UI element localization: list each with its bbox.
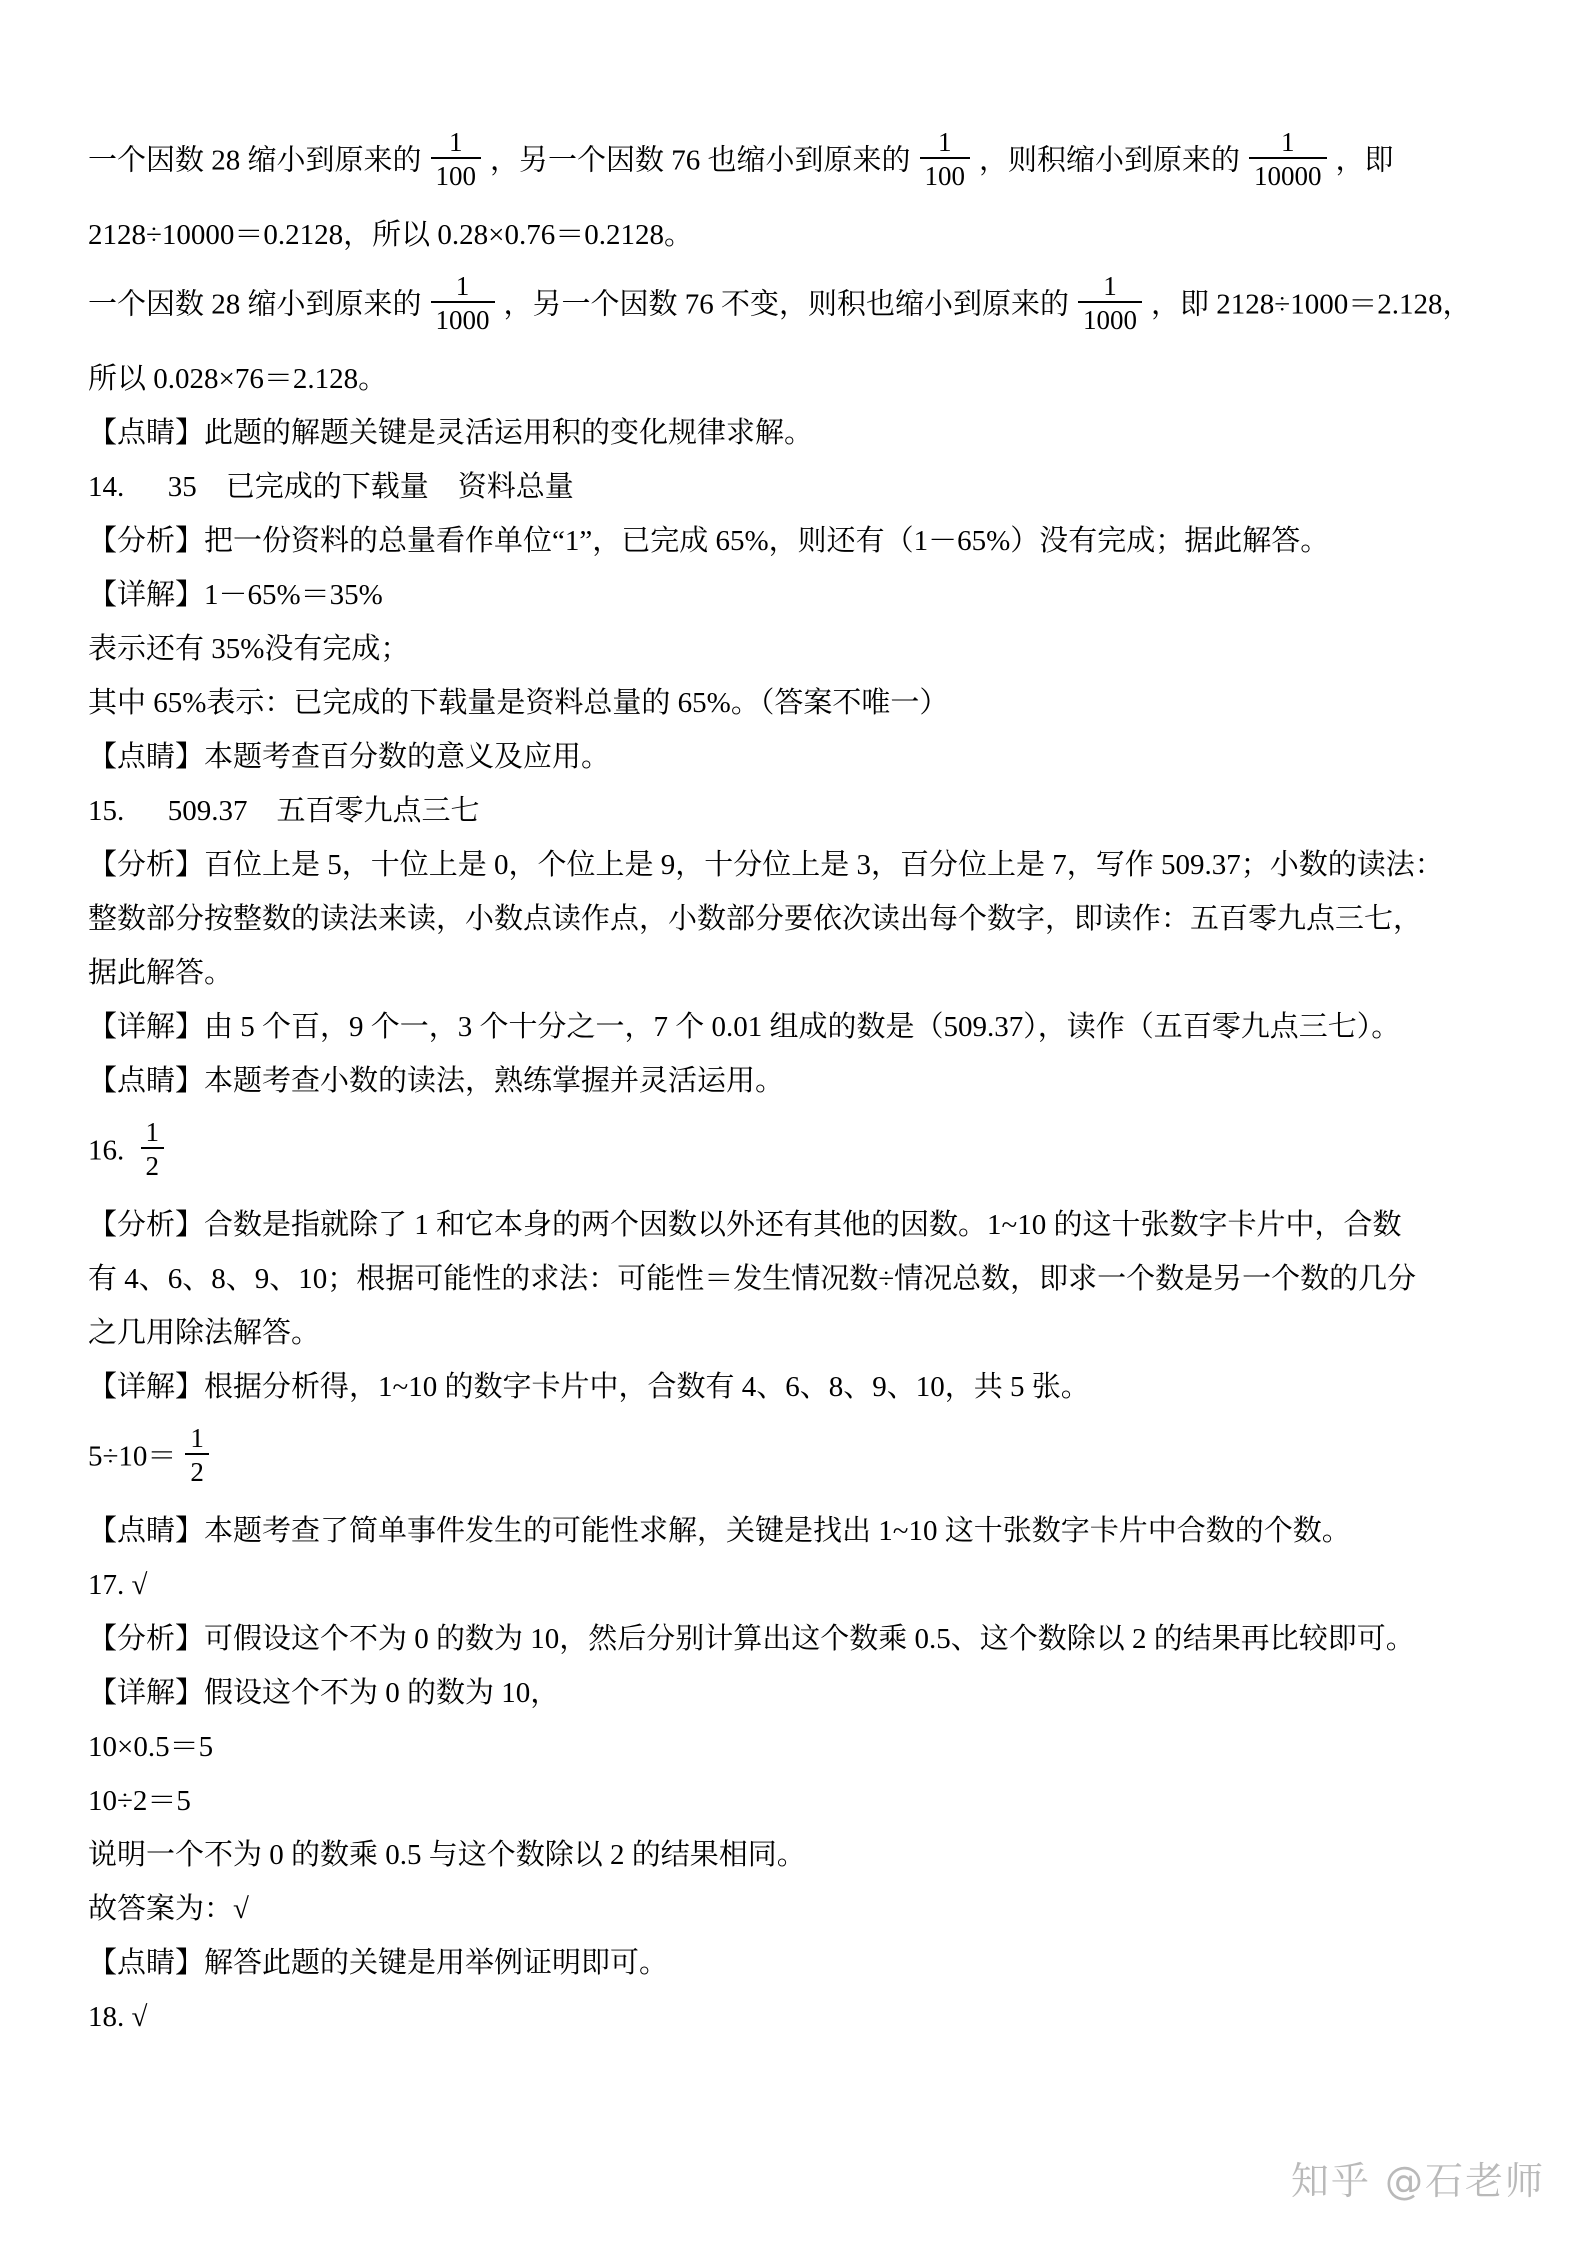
text-segment: 故答案为：√ bbox=[88, 1893, 249, 1925]
text-segment: 5÷10＝ bbox=[88, 1441, 176, 1473]
document-line: 【点睛】本题考查百分数的意义及应用。 bbox=[88, 730, 1500, 784]
document-line: 整数部分按整数的读法来读，小数点读作点，小数部分要依次读出每个数字，即读作：五百… bbox=[88, 892, 1500, 946]
fraction: 11000 bbox=[431, 271, 495, 337]
document-line: 【点睛】本题考查了简单事件发生的可能性求解，关键是找出 1~10 这十张数字卡片… bbox=[88, 1504, 1500, 1558]
document-page: 一个因数 28 缩小到原来的1100，另一个因数 76 也缩小到原来的1100，… bbox=[0, 0, 1587, 2245]
text-segment: 【点睛】此题的解题关键是灵活运用积的变化规律求解。 bbox=[88, 417, 813, 449]
fraction-denominator: 1000 bbox=[1078, 301, 1142, 337]
text-segment: 【分析】合数是指就除了 1 和它本身的两个因数以外还有其他的因数。1~10 的这… bbox=[88, 1209, 1401, 1241]
text-segment: 【分析】百位上是 5，十位上是 0，个位上是 9，十分位上是 3，百分位上是 7… bbox=[88, 849, 1444, 881]
fraction: 12 bbox=[141, 1117, 165, 1183]
document-line: 【点睛】本题考查小数的读法，熟练掌握并灵活运用。 bbox=[88, 1054, 1500, 1108]
text-segment: ，即 bbox=[1336, 145, 1394, 177]
document-line: 据此解答。 bbox=[88, 946, 1500, 1000]
document-line: 其中 65%表示：已完成的下载量是资料总量的 65%。（答案不唯一） bbox=[88, 676, 1500, 730]
document-body: 一个因数 28 缩小到原来的1100，另一个因数 76 也缩小到原来的1100，… bbox=[88, 118, 1500, 2044]
text-segment: 【详解】假设这个不为 0 的数为 10， bbox=[88, 1677, 559, 1709]
text-segment: 10÷2＝5 bbox=[88, 1785, 191, 1817]
text-segment: 之几用除法解答。 bbox=[88, 1317, 320, 1349]
text-segment: 10×0.5＝5 bbox=[88, 1731, 213, 1763]
document-line: 之几用除法解答。 bbox=[88, 1306, 1500, 1360]
text-segment: 一个因数 28 缩小到原来的 bbox=[88, 145, 422, 177]
document-line: 有 4、6、8、9、10；根据可能性的求法：可能性＝发生情况数÷情况总数，即求一… bbox=[88, 1252, 1500, 1306]
document-line: 18. √ bbox=[88, 1990, 1500, 2044]
text-segment: 【详解】1－65%＝35% bbox=[88, 579, 383, 611]
fraction-numerator: 1 bbox=[1249, 127, 1327, 157]
fraction: 110000 bbox=[1249, 127, 1327, 193]
fraction-denominator: 1000 bbox=[431, 301, 495, 337]
document-line: 17. √ bbox=[88, 1558, 1500, 1612]
document-line: 【点睛】此题的解题关键是灵活运用积的变化规律求解。 bbox=[88, 406, 1500, 460]
document-line: 15. 509.37 五百零九点三七 bbox=[88, 784, 1500, 838]
document-line: 10×0.5＝5 bbox=[88, 1720, 1500, 1774]
text-segment: ，另一个因数 76 也缩小到原来的 bbox=[490, 145, 911, 177]
document-line: 表示还有 35%没有完成； bbox=[88, 622, 1500, 676]
text-segment: 14. 35 已完成的下载量 资料总量 bbox=[88, 471, 574, 503]
document-line: 【分析】百位上是 5，十位上是 0，个位上是 9，十分位上是 3，百分位上是 7… bbox=[88, 838, 1500, 892]
document-line: 【分析】把一份资料的总量看作单位“1”，已完成 65%，则还有（1－65%）没有… bbox=[88, 514, 1500, 568]
document-line: 【点睛】解答此题的关键是用举例证明即可。 bbox=[88, 1936, 1500, 1990]
fraction-numerator: 1 bbox=[1078, 271, 1142, 301]
text-segment: 【详解】根据分析得，1~10 的数字卡片中，合数有 4、6、8、9、10，共 5… bbox=[88, 1371, 1090, 1403]
text-segment: 表示还有 35%没有完成； bbox=[88, 633, 409, 665]
document-line: 一个因数 28 缩小到原来的1100，另一个因数 76 也缩小到原来的1100，… bbox=[88, 118, 1500, 208]
fraction: 11000 bbox=[1078, 271, 1142, 337]
fraction-denominator: 2 bbox=[185, 1453, 209, 1489]
text-segment: 15. 509.37 五百零九点三七 bbox=[88, 795, 480, 827]
fraction-numerator: 1 bbox=[431, 127, 482, 157]
document-line: 2128÷10000＝0.2128，所以 0.28×0.76＝0.2128。 bbox=[88, 208, 1500, 262]
fraction-denominator: 10000 bbox=[1249, 157, 1327, 193]
document-line: 【详解】1－65%＝35% bbox=[88, 568, 1500, 622]
text-segment: 【点睛】解答此题的关键是用举例证明即可。 bbox=[88, 1947, 668, 1979]
document-line: 16. 12 bbox=[88, 1108, 1500, 1198]
text-segment: 【点睛】本题考查小数的读法，熟练掌握并灵活运用。 bbox=[88, 1065, 784, 1097]
document-line: 14. 35 已完成的下载量 资料总量 bbox=[88, 460, 1500, 514]
document-line: 一个因数 28 缩小到原来的11000，另一个因数 76 不变，则积也缩小到原来… bbox=[88, 262, 1500, 352]
text-segment: 16. bbox=[88, 1135, 132, 1167]
fraction: 1100 bbox=[431, 127, 482, 193]
fraction-denominator: 100 bbox=[920, 157, 971, 193]
text-segment: 【分析】可假设这个不为 0 的数为 10，然后分别计算出这个数乘 0.5、这个数… bbox=[88, 1623, 1415, 1655]
text-segment: 【点睛】本题考查了简单事件发生的可能性求解，关键是找出 1~10 这十张数字卡片… bbox=[88, 1515, 1351, 1547]
text-segment: 说明一个不为 0 的数乘 0.5 与这个数除以 2 的结果相同。 bbox=[88, 1839, 806, 1871]
fraction-numerator: 1 bbox=[431, 271, 495, 301]
text-segment: ，另一个因数 76 不变，则积也缩小到原来的 bbox=[504, 289, 1070, 321]
document-line: 【详解】根据分析得，1~10 的数字卡片中，合数有 4、6、8、9、10，共 5… bbox=[88, 1360, 1500, 1414]
document-line: 【分析】可假设这个不为 0 的数为 10，然后分别计算出这个数乘 0.5、这个数… bbox=[88, 1612, 1500, 1666]
text-segment: 【点睛】本题考查百分数的意义及应用。 bbox=[88, 741, 610, 773]
text-segment: ，即 2128÷1000＝2.128， bbox=[1151, 289, 1471, 321]
fraction-numerator: 1 bbox=[920, 127, 971, 157]
text-segment: 【详解】由 5 个百，9 个一，3 个十分之一，7 个 0.01 组成的数是（5… bbox=[88, 1011, 1400, 1043]
document-line: 故答案为：√ bbox=[88, 1882, 1500, 1936]
text-segment: 其中 65%表示：已完成的下载量是资料总量的 65%。（答案不唯一） bbox=[88, 687, 948, 719]
fraction: 12 bbox=[185, 1423, 209, 1489]
text-segment: 2128÷10000＝0.2128，所以 0.28×0.76＝0.2128。 bbox=[88, 219, 693, 251]
document-line: 10÷2＝5 bbox=[88, 1774, 1500, 1828]
text-segment: 整数部分按整数的读法来读，小数点读作点，小数部分要依次读出每个数字，即读作：五百… bbox=[88, 903, 1422, 935]
text-segment: 所以 0.028×76＝2.128。 bbox=[88, 363, 387, 395]
zhihu-watermark: 知乎 @石老师 bbox=[1291, 2150, 1545, 2205]
text-segment: 17. √ bbox=[88, 1569, 147, 1601]
fraction: 1100 bbox=[920, 127, 971, 193]
document-line: 【分析】合数是指就除了 1 和它本身的两个因数以外还有其他的因数。1~10 的这… bbox=[88, 1198, 1500, 1252]
text-segment: 一个因数 28 缩小到原来的 bbox=[88, 289, 422, 321]
document-line: 5÷10＝12 bbox=[88, 1414, 1500, 1504]
fraction-numerator: 1 bbox=[141, 1117, 165, 1147]
fraction-denominator: 2 bbox=[141, 1147, 165, 1183]
document-line: 【详解】假设这个不为 0 的数为 10， bbox=[88, 1666, 1500, 1720]
text-segment: 18. √ bbox=[88, 2001, 147, 2033]
document-line: 所以 0.028×76＝2.128。 bbox=[88, 352, 1500, 406]
fraction-denominator: 100 bbox=[431, 157, 482, 193]
text-segment: ，则积缩小到原来的 bbox=[979, 145, 1240, 177]
fraction-numerator: 1 bbox=[185, 1423, 209, 1453]
text-segment: 据此解答。 bbox=[88, 957, 233, 989]
text-segment: 有 4、6、8、9、10；根据可能性的求法：可能性＝发生情况数÷情况总数，即求一… bbox=[88, 1263, 1416, 1295]
document-line: 说明一个不为 0 的数乘 0.5 与这个数除以 2 的结果相同。 bbox=[88, 1828, 1500, 1882]
document-line: 【详解】由 5 个百，9 个一，3 个十分之一，7 个 0.01 组成的数是（5… bbox=[88, 1000, 1500, 1054]
text-segment: 【分析】把一份资料的总量看作单位“1”，已完成 65%，则还有（1－65%）没有… bbox=[88, 525, 1329, 557]
